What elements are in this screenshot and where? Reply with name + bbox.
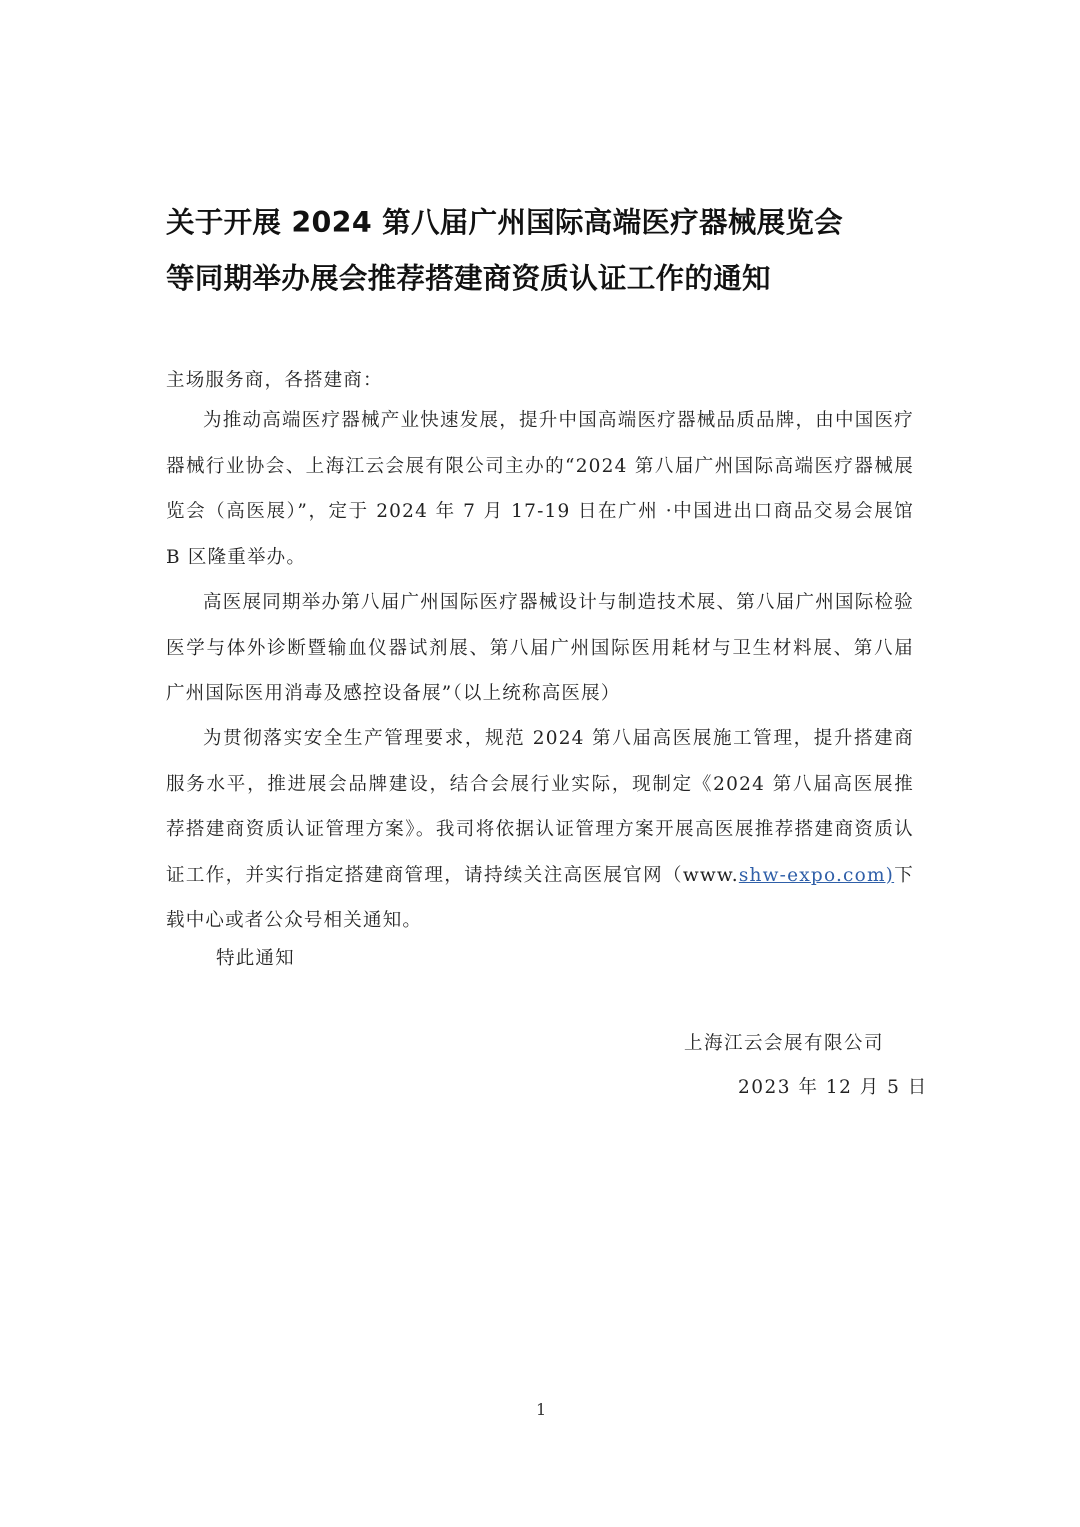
paragraph-3: 为贯彻落实安全生产管理要求，规范 2024 第八届高医展施工管理，提升搭建商服务… bbox=[166, 716, 914, 944]
salutation: 主场服务商，各搭建商： bbox=[166, 366, 383, 392]
page-number: 1 bbox=[536, 1400, 546, 1419]
paragraph-2: 高医展同期举办第八届广州国际医疗器械设计与制造技术展、第八届广州国际检验医学与体… bbox=[166, 580, 914, 717]
signature-organization: 上海江云会展有限公司 bbox=[684, 1029, 884, 1055]
paragraph-1: 为推动高端医疗器械产业快速发展，提升中国高端医疗器械品质品牌，由中国医疗器械行业… bbox=[166, 398, 914, 580]
document-title-line-1: 关于开展 2024 第八届广州国际高端医疗器械展览会 bbox=[166, 200, 926, 241]
document-title-line-2: 等同期举办展会推荐搭建商资质认证工作的通知 bbox=[166, 256, 926, 297]
paragraph-3-text: 为贯彻落实安全生产管理要求，规范 2024 第八届高医展施工管理，提升搭建商服务… bbox=[166, 728, 914, 886]
signature-date: 2023 年 12 月 5 日 bbox=[738, 1073, 928, 1099]
closing-text: 特此通知 bbox=[216, 944, 295, 970]
website-link[interactable]: shw-expo.com) bbox=[739, 865, 894, 886]
